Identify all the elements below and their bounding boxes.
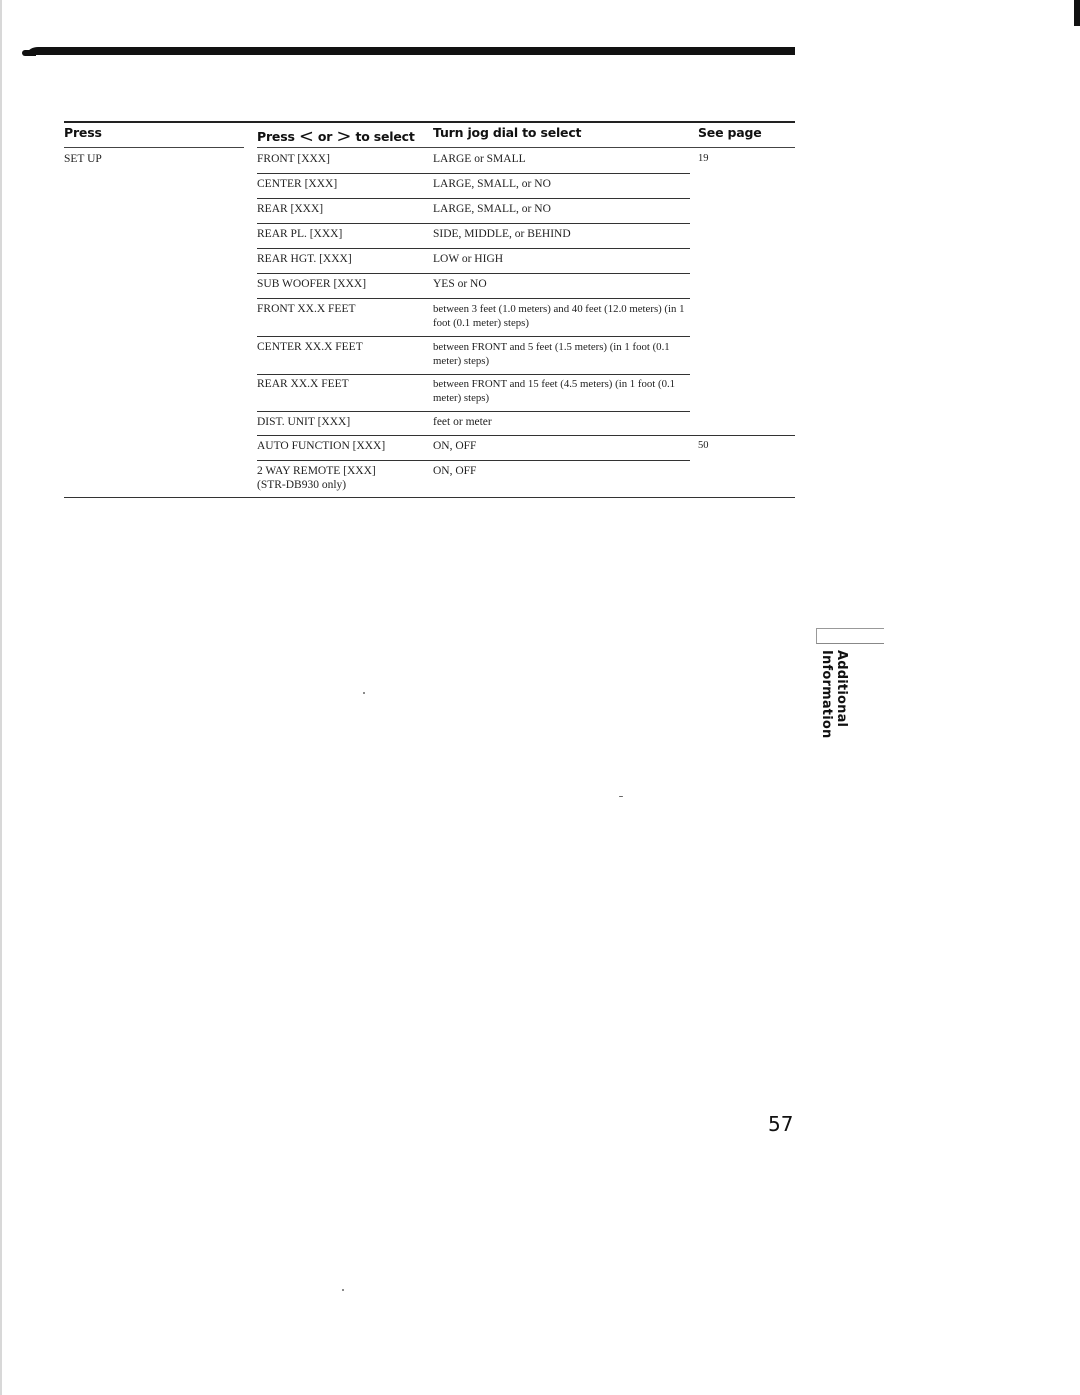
row-item-line1: 2 WAY REMOTE [XXX] (257, 464, 417, 478)
row-item: CENTER [XXX] (257, 177, 417, 191)
header-underline-press (64, 147, 244, 148)
row-divider (257, 298, 690, 299)
row-item: REAR [XXX] (257, 202, 417, 216)
header-underline-main (257, 147, 795, 148)
left-arrow-icon: < (299, 126, 314, 147)
row-divider (257, 273, 690, 274)
right-arrow-icon: > (336, 126, 351, 147)
row-divider (257, 460, 690, 461)
page-number: 57 (768, 1112, 793, 1136)
row-item: AUTO FUNCTION [XXX] (257, 439, 417, 453)
side-tab-label: Additional Information (829, 650, 849, 820)
row-options: ON, OFF (433, 439, 695, 453)
row-options: YES or NO (433, 277, 695, 291)
row-item-line2: (STR-DB930 only) (257, 478, 417, 492)
corner-mark (1074, 0, 1080, 26)
row-divider (257, 411, 690, 412)
row-options: LOW or HIGH (433, 252, 695, 266)
header-press-select-suffix: to select (355, 129, 414, 144)
header-see-page: See page (698, 125, 762, 147)
scan-speck (363, 692, 365, 694)
press-value: SET UP (64, 152, 102, 166)
row-options: LARGE or SMALL (433, 152, 695, 166)
table-top-rule (64, 121, 795, 123)
row-options: between 3 feet (1.0 meters) and 40 feet … (433, 302, 695, 330)
header-press-select-or: or (318, 129, 332, 144)
row-divider (257, 173, 690, 174)
row-see-page: 19 (698, 152, 709, 166)
scan-edge (0, 0, 2, 1395)
row-divider (257, 248, 690, 249)
row-divider (257, 198, 690, 199)
row-item: DIST. UNIT [XXX] (257, 415, 417, 429)
row-item: FRONT XX.X FEET (257, 302, 417, 316)
row-options: ON, OFF (433, 464, 695, 478)
header-rule (28, 47, 795, 55)
table-bottom-rule (64, 497, 795, 498)
row-item: CENTER XX.X FEET (257, 340, 417, 354)
row-item: REAR XX.X FEET (257, 377, 417, 391)
scan-speck (342, 1289, 344, 1291)
row-options: LARGE, SMALL, or NO (433, 177, 695, 191)
header-jog: Turn jog dial to select (433, 125, 581, 147)
header-press-select-prefix: Press (257, 129, 295, 144)
header-press-select: Press < or > to select (257, 125, 415, 147)
header-press: Press (64, 125, 102, 147)
row-options: feet or meter (433, 415, 695, 429)
row-see-page: 50 (698, 439, 709, 453)
row-item: REAR HGT. [XXX] (257, 252, 417, 266)
row-divider (257, 223, 690, 224)
scan-speck (619, 796, 623, 797)
row-options: between FRONT and 15 feet (4.5 meters) (… (433, 377, 695, 405)
row-options: LARGE, SMALL, or NO (433, 202, 695, 216)
row-item: SUB WOOFER [XXX] (257, 277, 417, 291)
row-item: REAR PL. [XXX] (257, 227, 417, 241)
row-item: 2 WAY REMOTE [XXX](STR-DB930 only) (257, 464, 417, 492)
row-item: FRONT [XXX] (257, 152, 417, 166)
side-tab-marker (816, 628, 884, 644)
row-divider (257, 435, 795, 436)
row-options: SIDE, MIDDLE, or BEHIND (433, 227, 695, 241)
row-divider (257, 336, 690, 337)
row-divider (257, 374, 690, 375)
row-options: between FRONT and 5 feet (1.5 meters) (i… (433, 340, 695, 368)
